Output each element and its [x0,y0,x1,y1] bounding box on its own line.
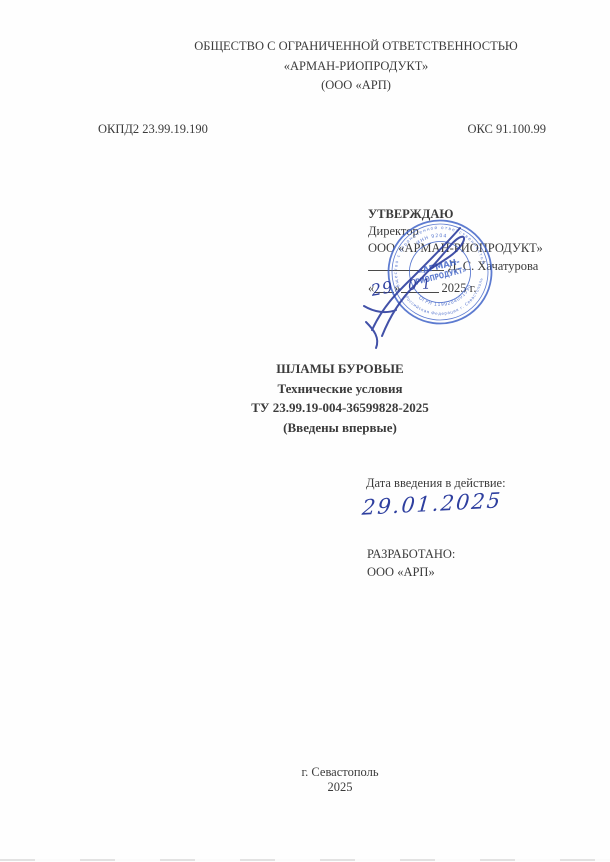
document-title-block: ШЛАМЫ БУРОВЫЕ Технические условия ТУ 23.… [35,359,610,437]
footer-block: г. Севастополь 2025 [35,765,610,795]
handwritten-effective-date: 29.01.2025 [361,488,503,519]
okpd2-code: ОКПД2 23.99.19.190 [98,122,208,137]
document-page: ОБЩЕСТВО С ОГРАНИЧЕННОЙ ОТВЕТСТВЕННОСТЬЮ… [0,0,610,862]
developed-label: РАЗРАБОТАНО: [367,546,455,564]
footer-year: 2025 [35,780,610,795]
company-header-line1: ОБЩЕСТВО С ОГРАНИЧЕННОЙ ОТВЕТСТВЕННОСТЬЮ [136,37,576,57]
document-tu-number: ТУ 23.99.19-004-36599828-2025 [35,398,610,418]
developed-company: ООО «АРП» [367,564,455,582]
document-subtitle: Технические условия [35,379,610,399]
company-header-line2: «АРМАН-РИОПРОДУКТ» [136,57,576,77]
scan-edge-artifact [0,859,610,861]
oks-code: ОКС 91.100.99 [467,122,546,137]
handwritten-month: 01 [407,276,436,294]
handwritten-day: 29 [370,277,395,300]
document-title: ШЛАМЫ БУРОВЫЕ [35,359,610,379]
document-first-edition-note: (Введены впервые) [35,418,610,438]
company-header: ОБЩЕСТВО С ОГРАНИЧЕННОЙ ОТВЕТСТВЕННОСТЬЮ… [136,37,576,96]
handwritten-signature-icon [350,198,525,358]
footer-city: г. Севастополь [35,765,610,780]
company-header-line3: (ООО «АРП) [136,76,576,96]
developed-block: РАЗРАБОТАНО: ООО «АРП» [367,546,455,581]
